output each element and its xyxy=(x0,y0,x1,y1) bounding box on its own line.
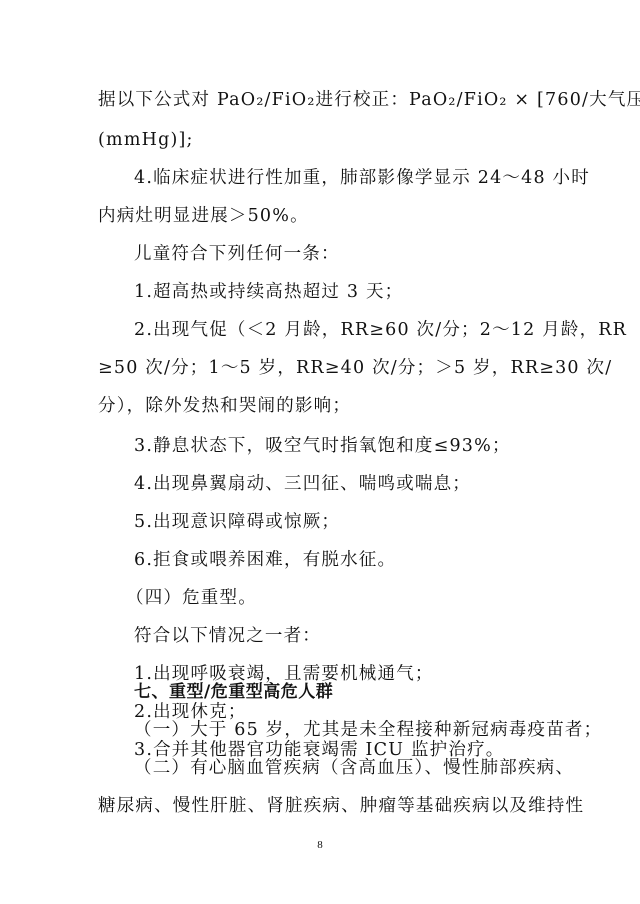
page-number: 8 xyxy=(0,839,640,851)
subsection-heading: （四）危重型。 xyxy=(126,586,576,610)
list-item: 6.拒食或喂养困难，有脱水征。 xyxy=(134,548,584,572)
paragraph-intro: 儿童符合下列任何一条： xyxy=(134,242,584,266)
list-item: 4.临床症状进行性加重，肺部影像学显示 24～48 小时 xyxy=(134,166,584,190)
paragraph-intro: 符合以下情况之一者： xyxy=(134,624,584,648)
list-item: 3.静息状态下，吸空气时指氧饱和度≤93%； xyxy=(134,434,584,458)
list-item: 5.出现意识障碍或惊厥； xyxy=(134,510,584,534)
document-page: 据以下公式对 PaO₂/FiO₂进行校正：PaO₂/FiO₂ × [760/大气… xyxy=(0,0,640,904)
text-line: 分），除外发热和哭闹的影响； xyxy=(98,394,548,418)
text-line: (mmHg)]; xyxy=(98,128,548,152)
list-item: 4.出现鼻翼扇动、三凹征、喘鸣或喘息； xyxy=(134,472,584,496)
list-item: （二）有心脑血管疾病（含高血压）、慢性肺部疾病、 xyxy=(134,756,584,780)
text-line: 糖尿病、慢性肝脏、肾脏疾病、肿瘤等基础疾病以及维持性 xyxy=(98,794,548,818)
list-item: 1.超高热或持续高热超过 3 天； xyxy=(134,280,584,304)
text-line: 内病灶明显进展＞50%。 xyxy=(98,204,548,228)
text-line: ≥50 次/分；1～5 岁，RR≥40 次/分；＞5 岁，RR≥30 次/ xyxy=(98,356,548,380)
section-heading: 七、重型/危重型高危人群 xyxy=(134,680,584,704)
list-item: 2.出现气促（＜2 月龄，RR≥60 次/分；2～12 月龄，RR xyxy=(134,318,584,342)
list-item: （一）大于 65 岁，尤其是未全程接种新冠病毒疫苗者； xyxy=(134,718,584,742)
text-line: 据以下公式对 PaO₂/FiO₂进行校正：PaO₂/FiO₂ × [760/大气… xyxy=(98,88,548,112)
